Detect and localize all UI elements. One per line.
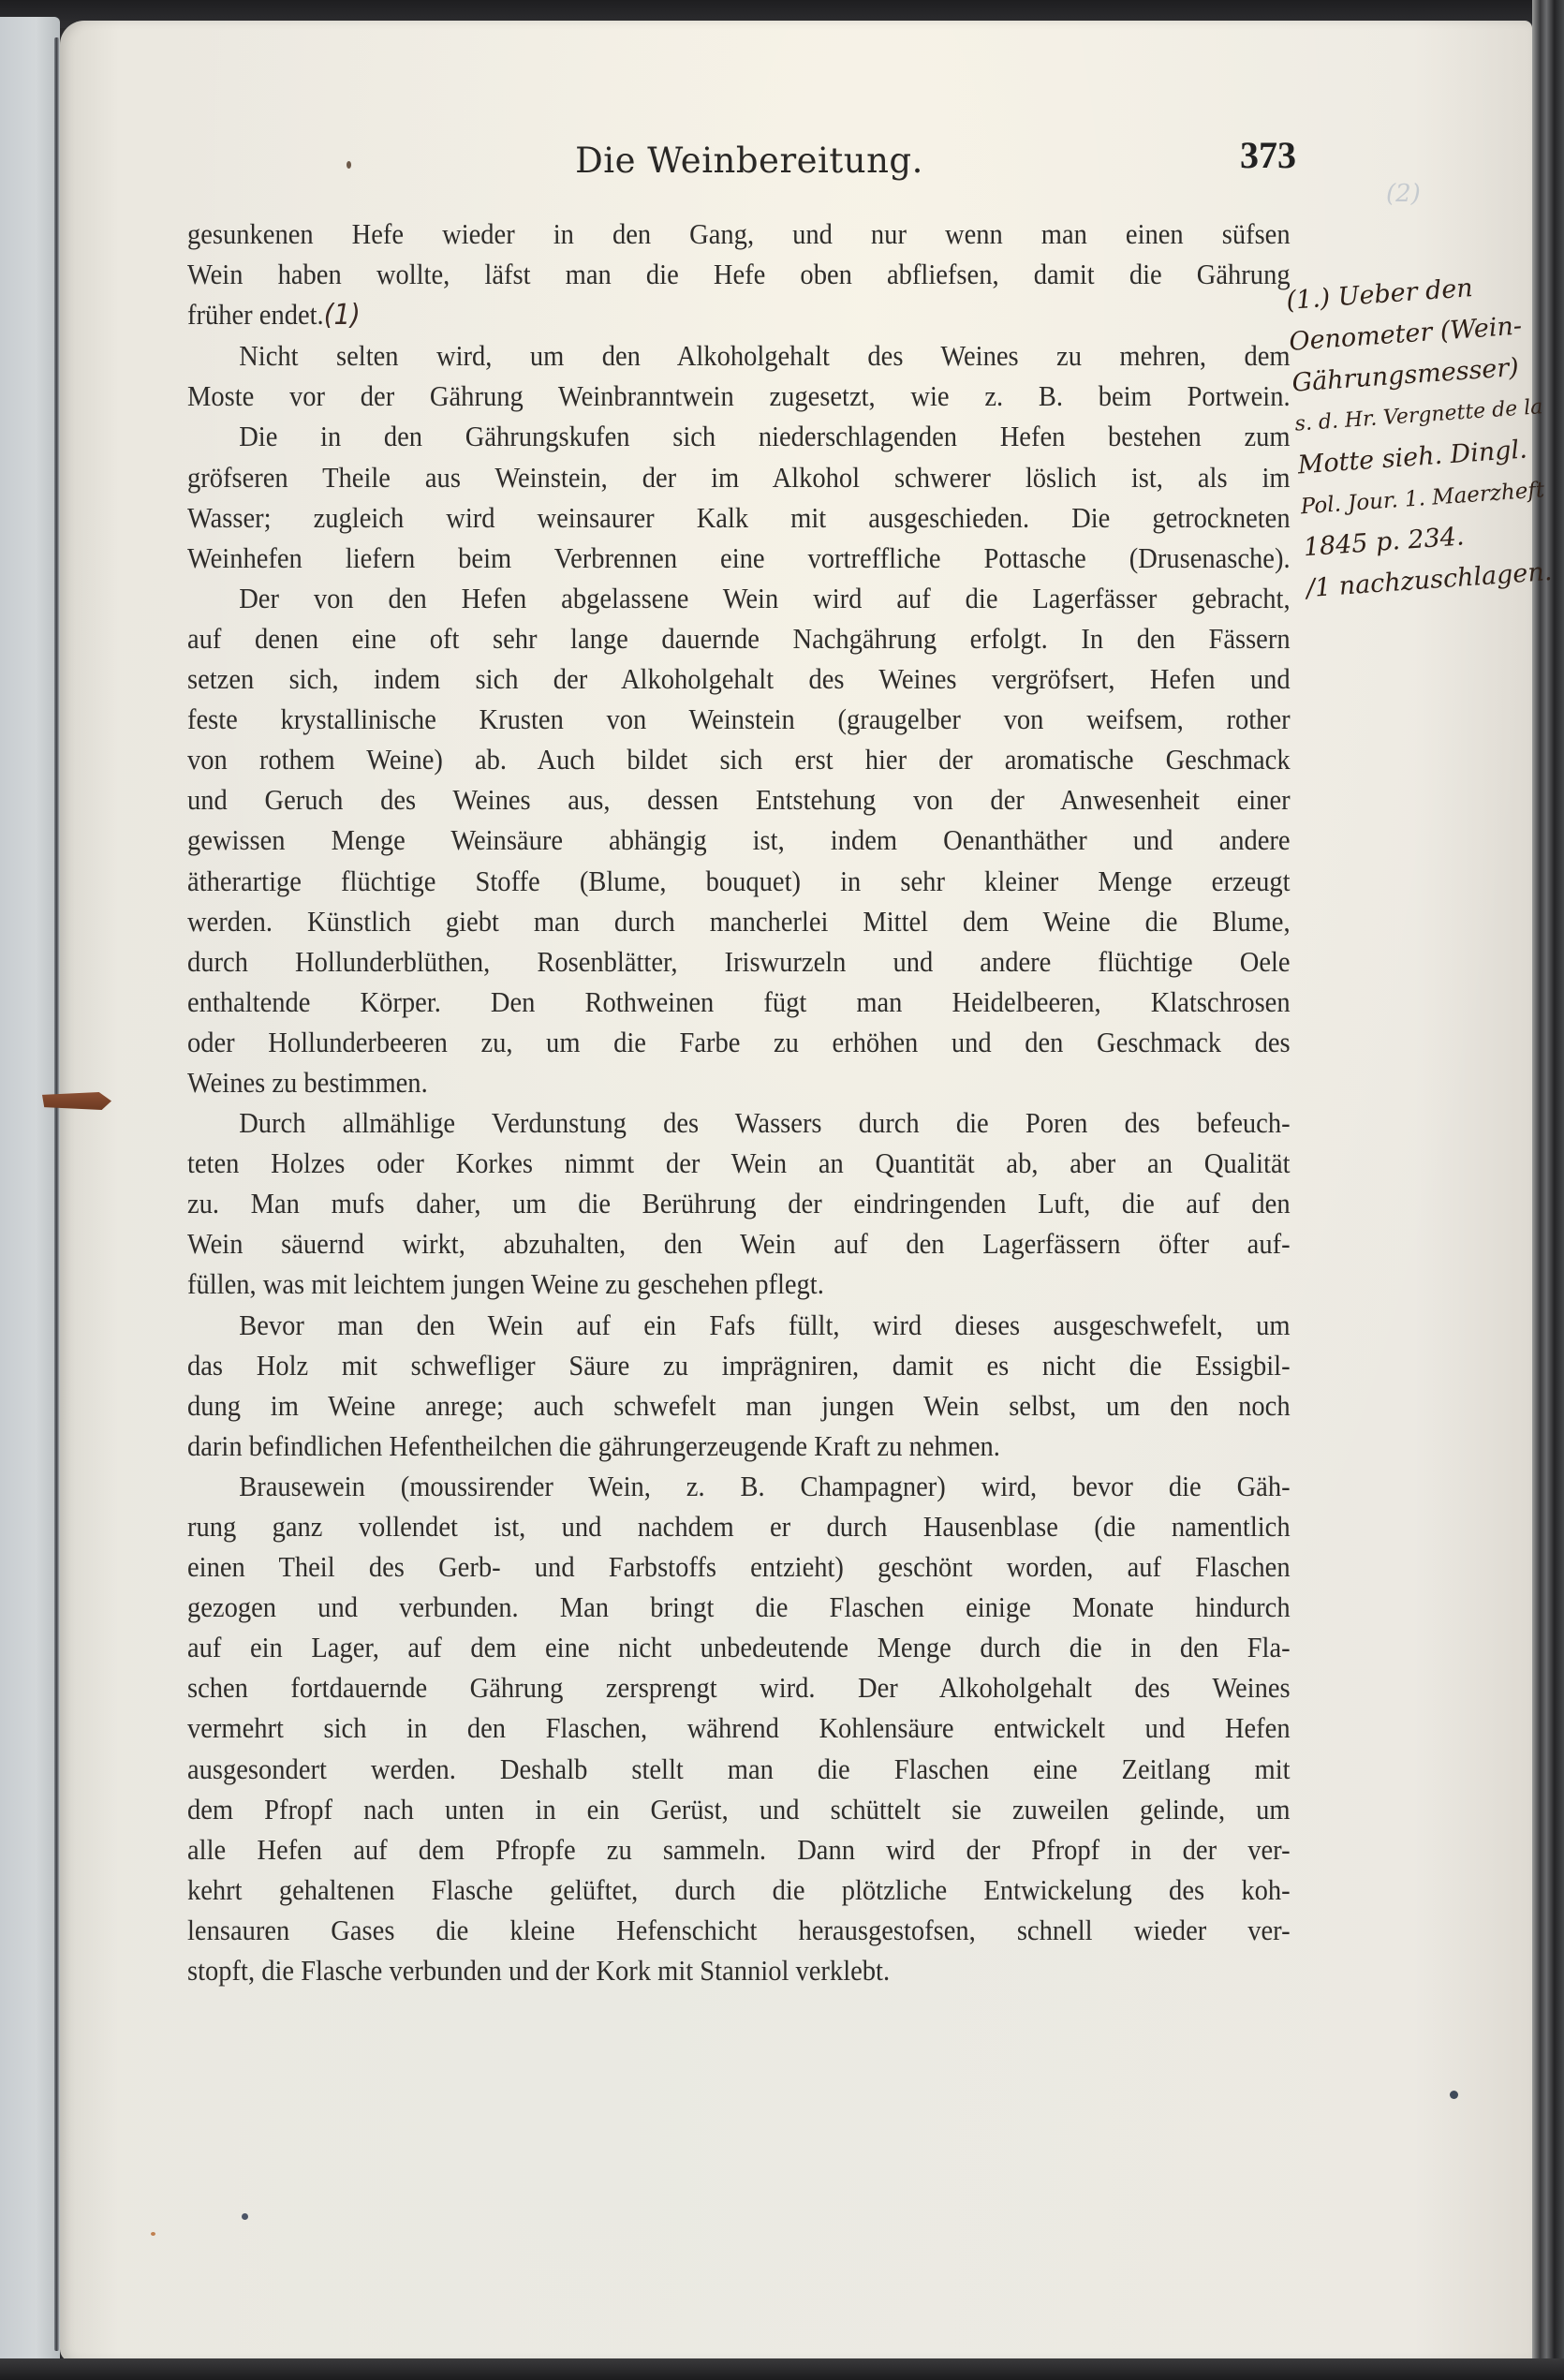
text-line: das Holz mit schwefliger Säure zu impräg… <box>187 1345 1291 1385</box>
running-title: Die Weinbereitung. <box>562 140 937 181</box>
text-line: feste krystallinische Krusten von Weinst… <box>187 699 1291 739</box>
paragraph: gesunkenen Hefe wieder in den Gang, und … <box>187 214 1291 335</box>
text-line: teten Holzes oder Korkes nimmt der Wein … <box>187 1143 1291 1183</box>
text-line: rung ganz vollendet ist, und nachdem er … <box>187 1506 1291 1546</box>
text-line: Nicht selten wird, um den Alkoholgehalt … <box>187 335 1291 376</box>
footnote-marker: (1) <box>324 299 361 332</box>
page-header: Die Weinbereitung. 373 <box>187 140 1292 187</box>
text-line: gröfseren Theile aus Weinstein, der im A… <box>187 457 1291 497</box>
scan-bottom-edge <box>0 2358 1564 2380</box>
bookmark-tab <box>42 1092 111 1110</box>
page-number: 373 <box>1240 133 1296 177</box>
text-line: gezogen und verbunden. Man bringt die Fl… <box>187 1587 1291 1627</box>
text-line: gewissen Menge Weinsäure abhängig ist, i… <box>187 820 1291 860</box>
book-spine-gutter <box>54 37 59 2351</box>
text-line: Die in den Gährungskufen sich niederschl… <box>187 416 1291 456</box>
text-line: Wein säuernd wirkt, abzuhalten, den Wein… <box>187 1223 1291 1264</box>
handwritten-margin-note: (1.) Ueber den Oenometer (Wein- Gährungs… <box>1285 263 1560 610</box>
text-line: Weines zu bestimmen. <box>187 1062 1291 1102</box>
show-through-note: (2) <box>1386 180 1517 208</box>
paragraph: Brausewein (moussirender Wein, z. B. Cha… <box>187 1466 1291 1990</box>
paragraph: Der von den Hefen abgelassene Wein wird … <box>187 578 1291 1102</box>
text-line: Brausewein (moussirender Wein, z. B. Cha… <box>187 1466 1291 1506</box>
text-line: schen fortdauernde Gährung zersprengt wi… <box>187 1667 1291 1707</box>
body-text: gesunkenen Hefe wieder in den Gang, und … <box>187 214 1291 1990</box>
text-line: von rothem Weine) ab. Auch bildet sich e… <box>187 739 1291 779</box>
text-line: kehrt gehaltenen Flasche gelüftet, durch… <box>187 1870 1291 1910</box>
text-line: Wasser; zugleich wird weinsaurer Kalk mi… <box>187 497 1291 538</box>
text-line: setzen sich, indem sich der Alkoholgehal… <box>187 658 1291 699</box>
note-end-mark: /1 <box>1306 572 1332 603</box>
fiber-speck <box>151 2232 155 2236</box>
text-line: dem Pfropf nach unten in ein Gerüst, und… <box>187 1789 1291 1829</box>
text-line: dung im Weine anrege; auch schwefelt man… <box>187 1385 1291 1426</box>
text-line: lensauren Gases die kleine Hefenschicht … <box>187 1910 1291 1950</box>
text-line: auf ein Lager, auf dem eine nicht unbede… <box>187 1627 1291 1667</box>
text-line: zu. Man mufs daher, um die Berührung der… <box>187 1183 1291 1223</box>
text-fragment: früher endet. <box>187 298 324 331</box>
facing-page-edge <box>0 17 60 2363</box>
text-line: alle Hefen auf dem Pfropfe zu sammeln. D… <box>187 1829 1291 1870</box>
text-line: enthaltende Körper. Den Rothweinen fügt … <box>187 982 1291 1022</box>
text-line: und Geruch des Weines aus, dessen Entste… <box>187 779 1291 820</box>
paragraph: Die in den Gährungskufen sich niederschl… <box>187 416 1291 577</box>
text-line: Durch allmählige Verdunstung des Wassers… <box>187 1102 1291 1143</box>
text-line: gesunkenen Hefe wieder in den Gang, und … <box>187 214 1291 254</box>
text-line: ausgesondert werden. Deshalb stellt man … <box>187 1749 1291 1789</box>
text-line: durch Hollunderblüthen, Rosenblätter, Ir… <box>187 941 1291 982</box>
paragraph: Bevor man den Wein auf ein Fafs füllt, w… <box>187 1305 1291 1466</box>
ink-speck <box>242 2213 248 2220</box>
text-line: darin befindlichen Hefentheilchen die gä… <box>187 1426 1291 1466</box>
paragraph: Durch allmählige Verdunstung des Wassers… <box>187 1102 1291 1304</box>
note-fragment: nachzuschlagen. <box>1338 557 1554 601</box>
paragraph: Nicht selten wird, um den Alkoholgehalt … <box>187 335 1291 416</box>
text-line: Weinhefen liefern beim Verbrennen eine v… <box>187 538 1291 578</box>
text-line: auf denen eine oft sehr lange dauernde N… <box>187 618 1291 658</box>
text-line: Bevor man den Wein auf ein Fafs füllt, w… <box>187 1305 1291 1345</box>
text-line: werden. Künstlich giebt man durch manche… <box>187 901 1291 941</box>
text-line: oder Hollunderbeeren zu, um die Farbe zu… <box>187 1022 1291 1062</box>
text-line: Wein haben wollte, läfst man die Hefe ob… <box>187 254 1291 294</box>
text-line: füllen, was mit leichtem jungen Weine zu… <box>187 1264 1291 1304</box>
text-line: einen Theil des Gerb- und Farbstoffs ent… <box>187 1546 1291 1587</box>
text-line: früher endet.(1) <box>187 294 1291 335</box>
text-line: Der von den Hefen abgelassene Wein wird … <box>187 578 1291 618</box>
ink-speck <box>1450 2091 1458 2099</box>
text-line: Moste vor der Gährung Weinbranntwein zug… <box>187 376 1291 416</box>
text-line: vermehrt sich in den Flaschen, während K… <box>187 1707 1291 1748</box>
text-line: stopft, die Flasche verbunden und der Ko… <box>187 1950 1291 1990</box>
text-line: ätherartige flüchtige Stoffe (Blume, bou… <box>187 861 1291 901</box>
header-dot-mark <box>347 161 351 169</box>
